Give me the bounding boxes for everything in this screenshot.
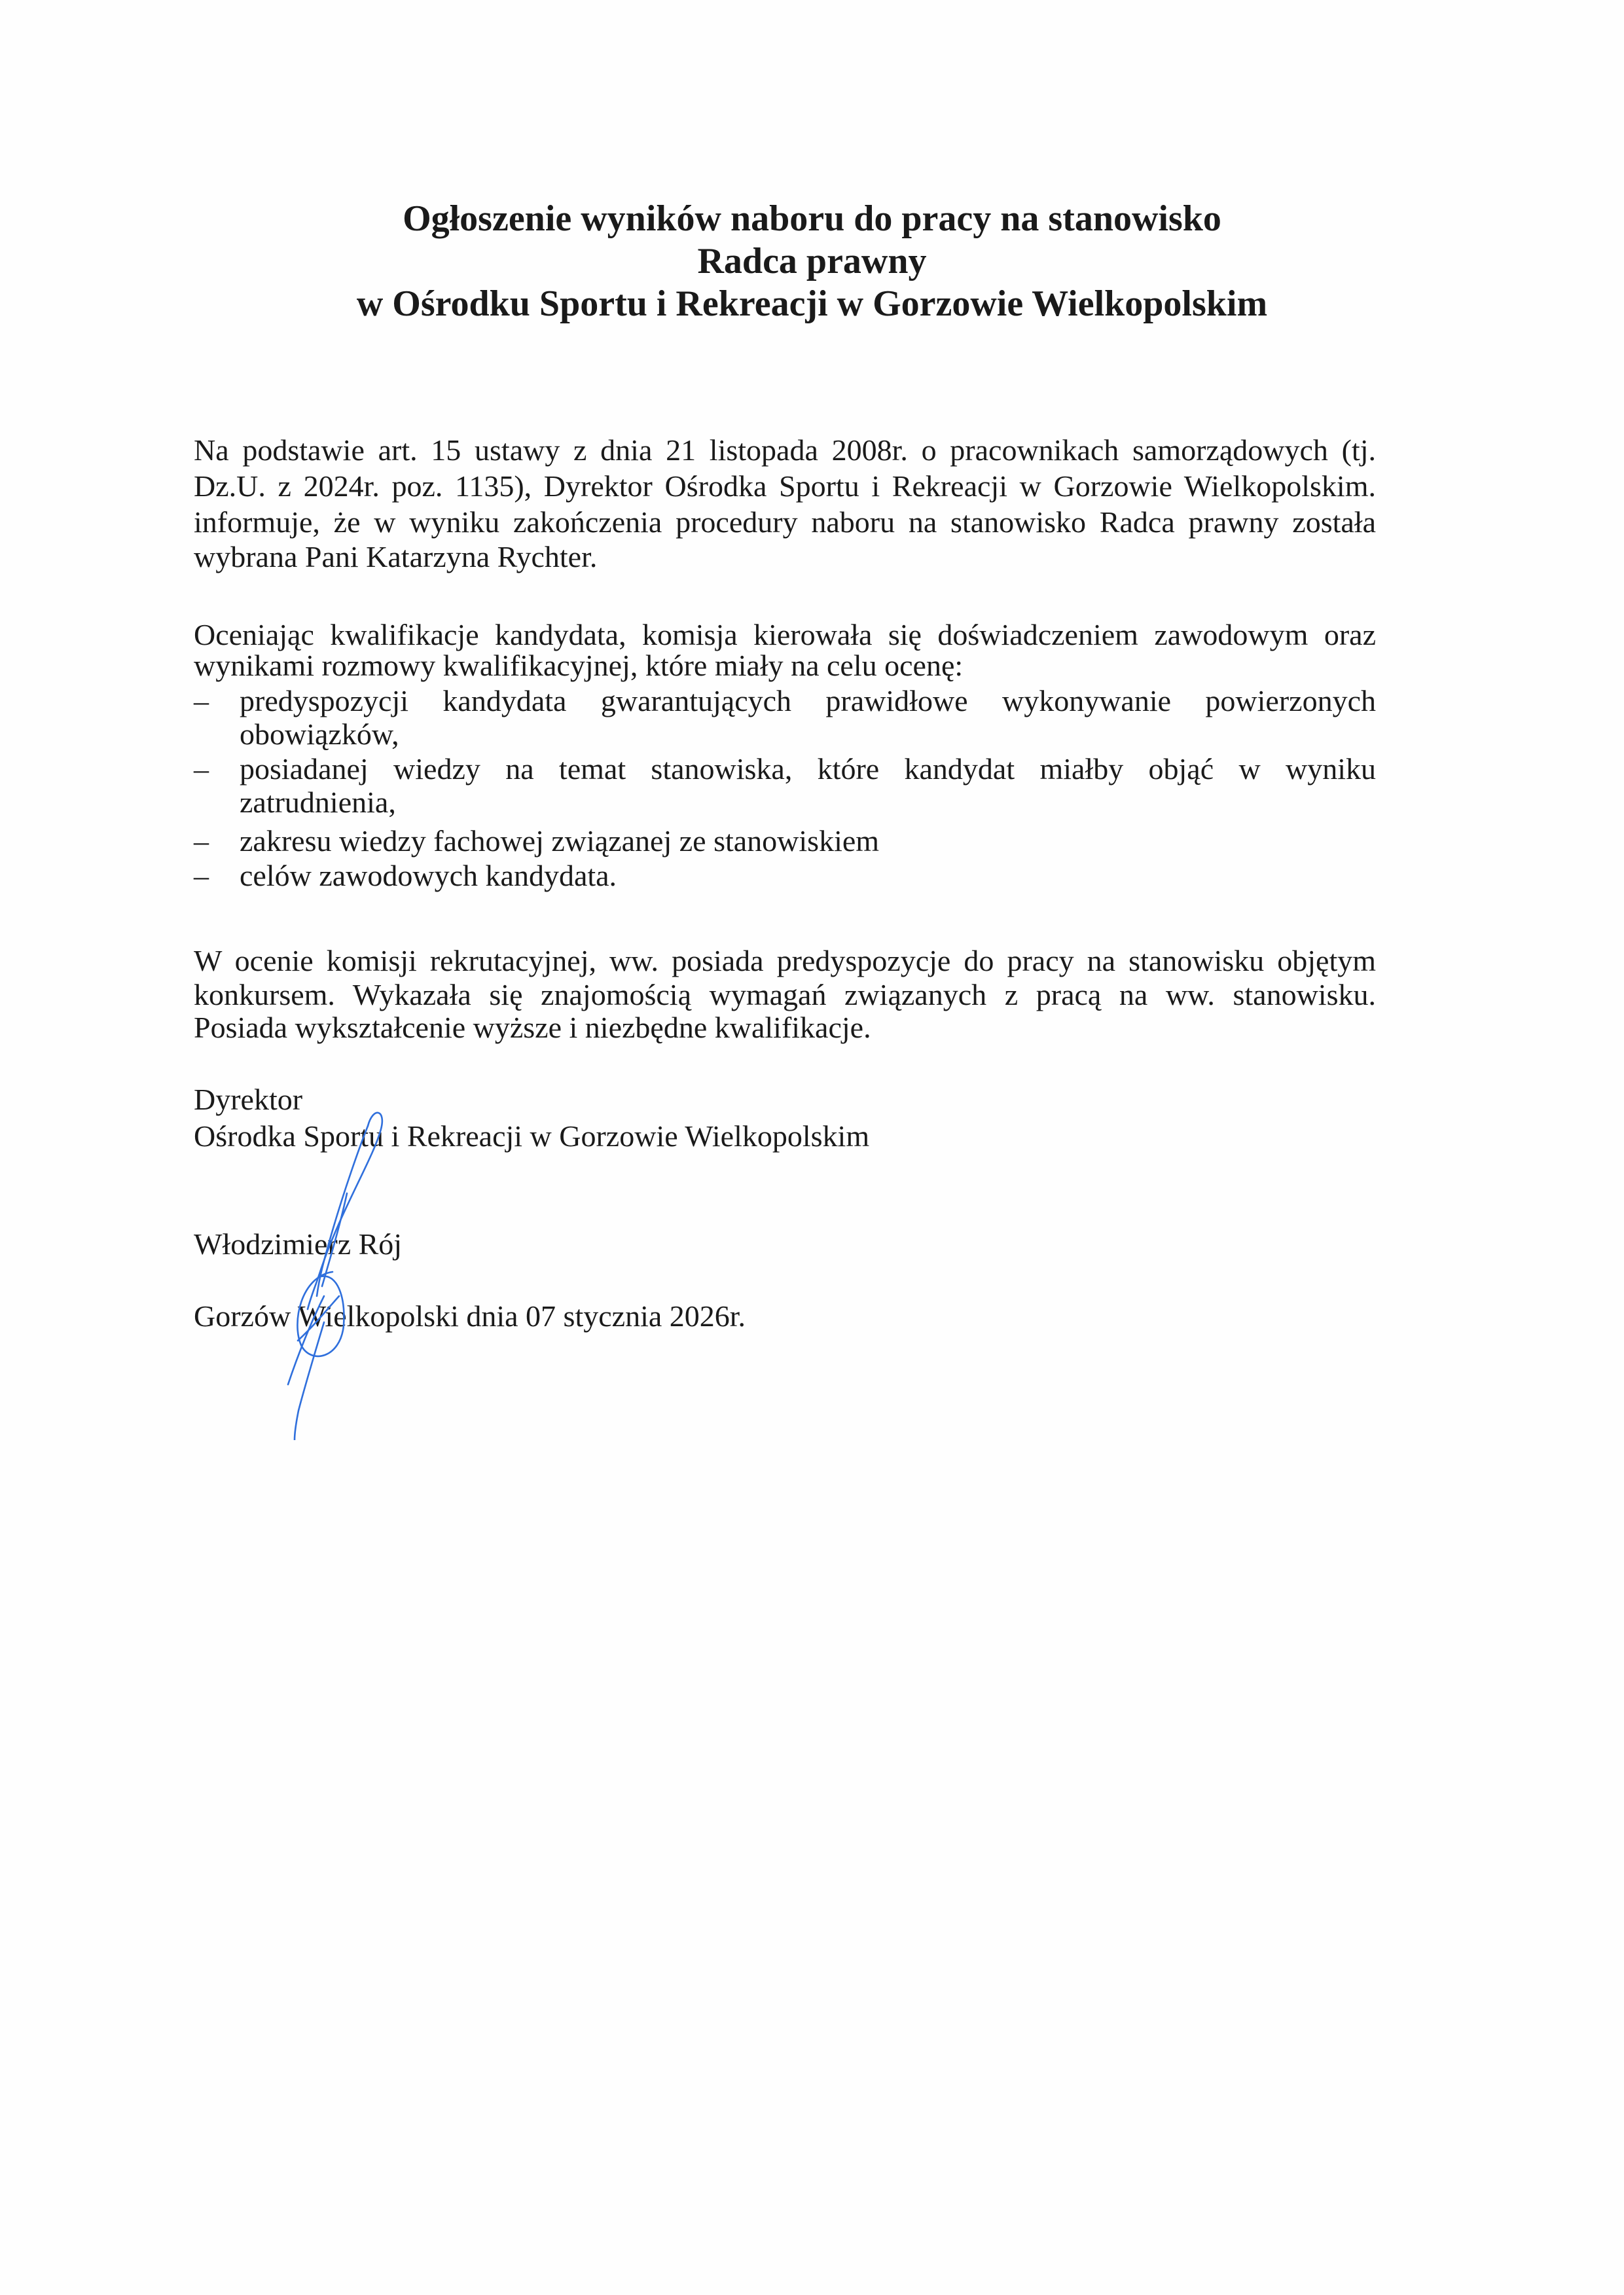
list-dash-marker: – [194, 686, 209, 716]
document-title-institution: w Ośrodku Sportu i Rekreacji w Gorzowie … [0, 285, 1624, 322]
list-dash-marker: – [194, 754, 209, 784]
paragraph-line: Na podstawie art. 15 ustawy z dnia 21 li… [194, 435, 1376, 465]
list-item-line: zatrudnienia, [240, 787, 1376, 818]
list-item-line: celów zawodowych kandydata. [240, 861, 1376, 891]
list-item-line: posiadanej wiedzy na temat stanowiska, k… [240, 754, 1376, 784]
paragraph-line: konkursem. Wykazała się znajomością wyma… [194, 980, 1376, 1010]
list-dash-marker: – [194, 826, 209, 856]
paragraph-line: wynikami rozmowy kwalifikacyjnej, które … [194, 651, 1376, 681]
document-page: Ogłoszenie wyników naboru do pracy na st… [0, 0, 1624, 2295]
paragraph-line: W ocenie komisji rekrutacyjnej, ww. posi… [194, 946, 1376, 976]
paragraph-line: Oceniając kwalifikacje kandydata, komisj… [194, 620, 1376, 650]
document-title-position: Radca prawny [0, 243, 1624, 280]
paragraph-line: Dz.U. z 2024r. poz. 1135), Dyrektor Ośro… [194, 471, 1376, 501]
signatory-name: Włodzimierz Rój [194, 1229, 402, 1259]
list-item-line: predyspozycji kandydata gwarantujących p… [240, 686, 1376, 716]
document-title-line-1: Ogłoszenie wyników naboru do pracy na st… [0, 200, 1624, 237]
list-dash-marker: – [194, 861, 209, 891]
list-item-line: obowiązków, [240, 719, 1376, 750]
list-item-line: zakresu wiedzy fachowej związanej ze sta… [240, 826, 1376, 856]
paragraph-line: wybrana Pani Katarzyna Rychter. [194, 542, 1376, 572]
signatory-role: Dyrektor [194, 1085, 302, 1115]
paragraph-line: Posiada wykształcenie wyższe i niezbędne… [194, 1013, 1376, 1043]
paragraph-line: informuje, że w wyniku zakończenia proce… [194, 507, 1376, 537]
place-and-date: Gorzów Wielkopolski dnia 07 stycznia 202… [194, 1301, 746, 1331]
signatory-institution: Ośrodka Sportu i Rekreacji w Gorzowie Wi… [194, 1121, 869, 1151]
